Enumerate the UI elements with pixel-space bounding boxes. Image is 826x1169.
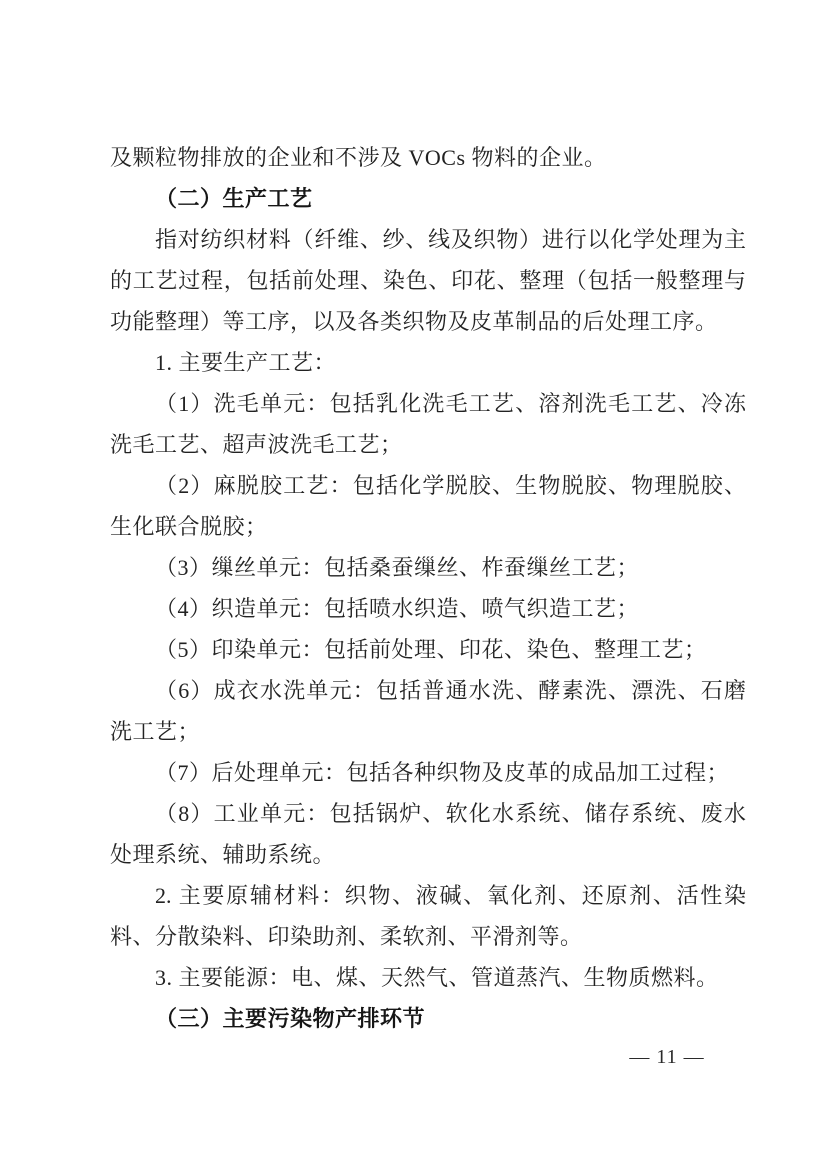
list-item-post-treatment-unit: （7）后处理单元：包括各种织物及皮革的成品加工过程； xyxy=(110,752,746,793)
text-line: 洗工艺； xyxy=(110,711,746,752)
list-item-degumming-process: （2）麻脱胶工艺：包括化学脱胶、生物脱胶、物理脱胶、 xyxy=(110,465,746,506)
list-item-wool-washing-unit: （1）洗毛单元：包括乳化洗毛工艺、溶剂洗毛工艺、冷冻 xyxy=(110,383,746,424)
section-heading-production-process: （二）生产工艺 xyxy=(110,178,746,219)
text-line: 生化联合脱胶； xyxy=(110,506,746,547)
document-page: 及颗粒物排放的企业和不涉及 VOCs 物料的企业。 （二）生产工艺 指对纺织材料… xyxy=(0,0,826,1169)
list-item-industrial-unit: （8）工业单元：包括锅炉、软化水系统、储存系统、废水 xyxy=(110,793,746,834)
list-item-printing-dyeing-unit: （5）印染单元：包括前处理、印花、染色、整理工艺； xyxy=(110,629,746,670)
section-heading-pollutant-discharge: （三）主要污染物产排环节 xyxy=(110,998,746,1039)
list-item-raw-materials: 2. 主要原辅材料：织物、液碱、氧化剂、还原剂、活性染 xyxy=(110,875,746,916)
list-item-main-energy: 3. 主要能源：电、煤、天然气、管道蒸汽、生物质燃料。 xyxy=(110,957,746,998)
list-item-silk-reeling-unit: （3）缫丝单元：包括桑蚕缫丝、柞蚕缫丝工艺； xyxy=(110,547,746,588)
document-body: 及颗粒物排放的企业和不涉及 VOCs 物料的企业。 （二）生产工艺 指对纺织材料… xyxy=(110,137,746,1039)
list-item-garment-washing-unit: （6）成衣水洗单元：包括普通水洗、酵素洗、漂洗、石磨 xyxy=(110,670,746,711)
text-line: 的工艺过程，包括前处理、染色、印花、整理（包括一般整理与 xyxy=(110,260,746,301)
text-line: 功能整理）等工序，以及各类织物及皮革制品的后处理工序。 xyxy=(110,301,746,342)
list-item-weaving-unit: （4）织造单元：包括喷水织造、喷气织造工艺； xyxy=(110,588,746,629)
text-line: 洗毛工艺、超声波洗毛工艺； xyxy=(110,424,746,465)
text-line: 指对纺织材料（纤维、纱、线及织物）进行以化学处理为主 xyxy=(110,219,746,260)
text-line: 处理系统、辅助系统。 xyxy=(110,834,746,875)
list-item-main-processes: 1. 主要生产工艺： xyxy=(110,342,746,383)
page-number: — 11 — xyxy=(600,1044,734,1070)
text-line: 料、分散染料、印染助剂、柔软剂、平滑剂等。 xyxy=(110,916,746,957)
text-line: 及颗粒物排放的企业和不涉及 VOCs 物料的企业。 xyxy=(110,137,746,178)
